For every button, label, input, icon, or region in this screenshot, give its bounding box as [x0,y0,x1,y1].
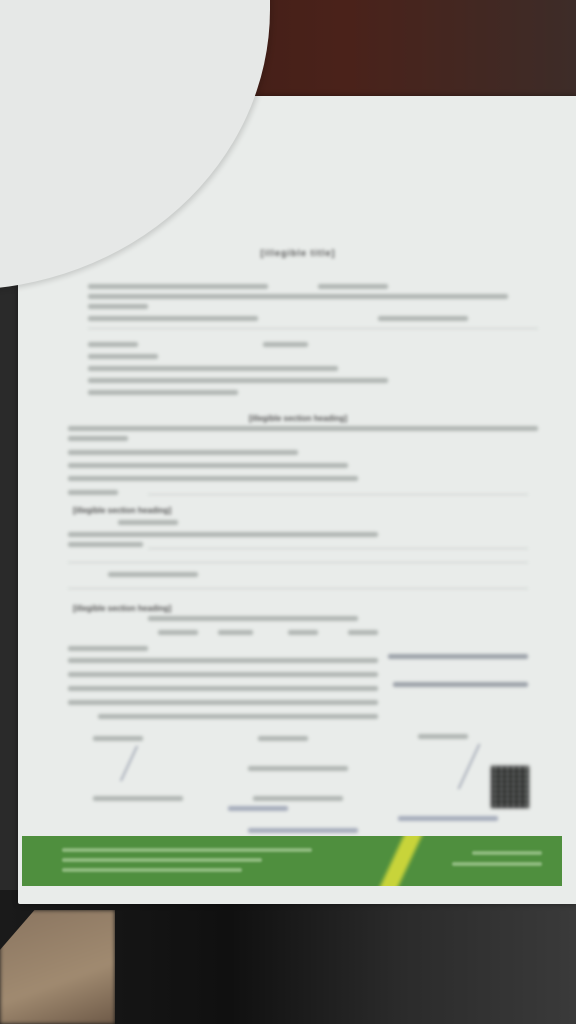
section-heading-3: [illegible section heading] [73,604,171,613]
section-heading-2: [illegible section heading] [73,506,171,515]
qr-code [491,766,529,808]
signature-mark-3 [458,744,481,789]
footer-accent-stripe [378,836,424,886]
section-heading-1: [illegible section heading] [18,414,576,423]
footer-banner: [illegible footer text] [22,836,562,886]
signature-mark-1 [120,746,138,781]
